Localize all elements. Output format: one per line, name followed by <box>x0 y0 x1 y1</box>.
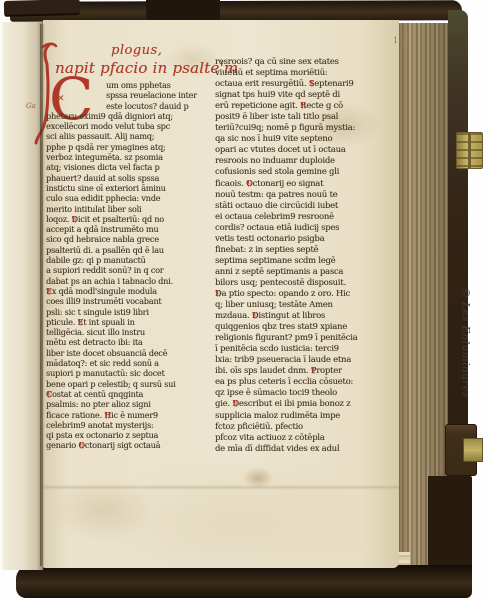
text-line: qi psta ex octonario z septua <box>46 430 214 440</box>
text-line: ficaois. ¶Octonarij eo signat <box>215 178 387 189</box>
text-line: finebat: z in septies septē <box>215 244 387 255</box>
text-line: mādatoq?: et sic redd sonū a <box>46 358 214 368</box>
text-line: instictu sine oī exteriori āminu <box>46 183 214 193</box>
text-line: este locutos? dauid p <box>106 101 214 111</box>
text-line: pfcoz vita actiuoz z cōtēpla <box>215 432 387 443</box>
brass-clasp-lower <box>463 438 483 462</box>
text-line: dabile gz: qi p manutactū <box>46 255 214 265</box>
text-column-right: resroois? qa cū sine sex etatesviuētiū e… <box>215 56 387 454</box>
text-line: octaua erit resurgētiū. ¶Septenari9 <box>215 78 387 89</box>
text-line: um oms pphetas <box>106 80 214 90</box>
text-line: accepit a qdā instrumēto mu <box>46 224 214 234</box>
text-line: teriū?cui9q; nomē p figurā mystia: <box>215 122 387 133</box>
text-line: psalmis: no pter alioz signi <box>46 399 214 409</box>
text-line: resroois no induamr duploide <box>215 155 387 166</box>
text-line: loqoz. ¶Dicit et psalteriū: qd no <box>46 214 214 224</box>
text-line: pphe p qsdā rer ymagines atq; <box>46 142 214 152</box>
text-line: bilors usq; pentecostē disposuit. <box>215 277 387 288</box>
text-line: dabat ps an achia i tabnaclo dni. <box>46 276 214 286</box>
copyright-watermark: © Les Enluminures <box>457 288 472 410</box>
text-line: merito intitulat liber soli <box>46 204 214 214</box>
text-line: signat tps hui9 vite qd septē di <box>215 89 387 100</box>
folio-number: 161 <box>393 36 411 45</box>
text-line: bene opari p celestib; q sursū sui <box>46 379 214 389</box>
text-line: erū repeticione agit. ¶Recte g cō <box>215 100 387 111</box>
text-line: religionis figurant? pm9 ī penitēcia <box>215 332 387 343</box>
text-line: ficace ratione. ¶Hic ē numer9 <box>46 410 214 420</box>
text-line: nouū testm: qa patres nouū te <box>215 189 387 200</box>
text-line: qa sic nos ī hui9 vite septeno <box>215 133 387 144</box>
text-line: mzdaua. ¶Distingut at libros <box>215 310 387 321</box>
text-line: ibi. oīs sps laudet dnm. ¶Propter <box>215 365 387 376</box>
text-line: ¶Da ptio specto: opando z oro. Hic <box>215 288 387 299</box>
text-line: celebrim9 anotat mysterijs: <box>46 420 214 430</box>
manuscript-page-recto: 161 plogus, napit pfacio in psalte'm C ✕… <box>43 20 399 568</box>
text-line: ei octaua celebrim9 resroonē <box>215 211 387 222</box>
text-line: posit9 ē liber iste tali titlo psal <box>215 111 387 122</box>
clasp-catch-plate <box>4 0 80 17</box>
text-line: viuētiū et septima moriētiū: <box>215 67 387 78</box>
text-line: excellēcori modo velut tuba spc <box>46 121 214 131</box>
text-line: qz ipse ē sūmacio toci9 theolo <box>215 387 387 398</box>
manuscript-photo: 161 plogus, napit pfacio in psalte'm C ✕… <box>0 0 483 600</box>
text-line: pticule. ¶Et int spuali in <box>46 317 214 327</box>
text-line: phauert? dauid at solis spssa <box>46 173 214 183</box>
text-line: genario ¶Octonarij sigt octauā <box>46 440 214 450</box>
text-line: culo sua edidit pphecia: vnde <box>46 193 214 203</box>
marginal-note: Ga <box>26 102 36 110</box>
text-line: telligēcia. sicut illo instru <box>46 327 214 337</box>
text-line: atq; visiones dicta vel facta p <box>46 162 214 172</box>
text-line: anni z septē septimanis a pasca <box>215 266 387 277</box>
text-line: sci aliis passauit. Alij namq; <box>46 131 214 141</box>
text-line: septima septimane scdm legē <box>215 255 387 266</box>
text-line: stāti octauo die circūcidi iubet <box>215 200 387 211</box>
text-line: ea ps plus ceteris ī ecclia cōsueto: <box>215 376 387 387</box>
text-line: phetaru eximi9 qdā digniori atq; <box>46 111 214 121</box>
text-line: psli: sic t singule isti9 libri <box>46 307 214 317</box>
rubric-prologus: plogus, <box>111 43 162 58</box>
text-line: verboz integumēta. sz psomia <box>46 152 214 162</box>
text-line: ¶Costat at centū qnqginta <box>46 389 214 399</box>
brass-clasp-upper <box>456 132 483 169</box>
text-line: fctoz pficiētiū. pfectio <box>215 421 387 432</box>
text-column-left: um oms pphetasspssa reuelacione interest… <box>46 80 214 451</box>
binding-bottom-edge <box>16 565 472 598</box>
text-line: mētu est detracto ibi: ita <box>46 337 214 347</box>
binding-right-edge <box>448 10 468 480</box>
text-line: sico qd hebraice nabla grece <box>46 234 214 244</box>
text-line: a supiori reddit sonū? in q cor <box>46 265 214 275</box>
text-line: quiqgenios qbz tres stat9 xpiane <box>215 321 387 332</box>
text-line: vetis testi octonario psigba <box>215 233 387 244</box>
text-line: ¶Ex qdā modl'singule modula <box>46 286 214 296</box>
text-line: lxia: trib9 pseueracia ī laude etna <box>215 354 387 365</box>
text-line: supiori p manutactū: sic docet <box>46 368 214 378</box>
text-line: resroois? qa cū sine sex etates <box>215 56 387 67</box>
text-line: ī penitēcia scdo iusticia: terci9 <box>215 343 387 354</box>
text-line: supplicia maloz rudimēta impe <box>215 410 387 421</box>
text-line: spssa reuelacione inter <box>106 90 214 100</box>
text-line: de mīa dī diffidat vides ex adul <box>215 443 387 454</box>
clasp-hinge-knuckle <box>468 133 471 168</box>
text-line: cordis? octaua etiā iudicij spes <box>215 222 387 233</box>
text-line: opari ac vtutes docet ut ī octaua <box>215 144 387 155</box>
text-line: q; liber uniusq; testāte Amen <box>215 299 387 310</box>
text-line: psalteriū di. a psallēn qd ē lau <box>46 245 214 255</box>
text-line: gie. ¶Describut ei ibi pmia bonoz z <box>215 398 387 409</box>
gutter-shadow <box>40 24 45 566</box>
text-line: liber iste docet obsuanciā decē <box>46 348 214 358</box>
text-line: coes illi9 instrumēti vocabant <box>46 296 214 306</box>
text-line: cofusionis sed stola gemine gli <box>215 166 387 177</box>
